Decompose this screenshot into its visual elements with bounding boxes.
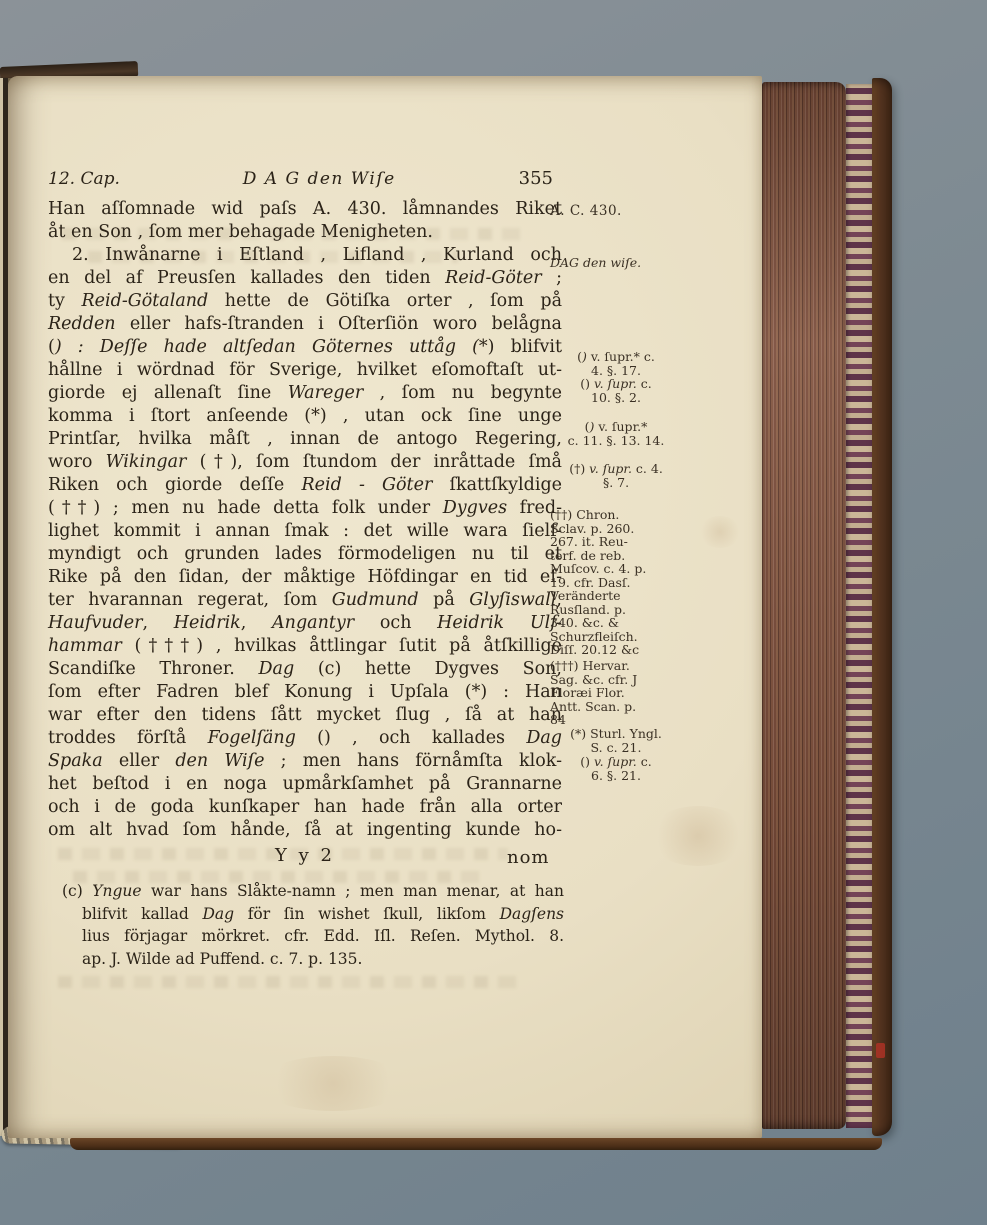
text-line: om alt hvad ſom hånde, ſå at ingenting k… (48, 819, 562, 842)
text-line: Printſar, hvilka måſt , innan de antogo … (48, 428, 562, 451)
margin-note-line: Diſſ. 20.12 &c (550, 643, 682, 657)
text-line: woro Wikingar (†), ſom ſtundom der inråt… (48, 451, 562, 474)
page-header: 12. Cap. D A G den Wiſe 355 (48, 168, 553, 189)
margin-note-line: (†) v. ſupr. c. 4. (550, 462, 682, 476)
text-line: hållne i wördnad för Sverige, hvilket eſ… (48, 359, 562, 382)
text-line: 2. Inwånarne i Eſtland , Lifland , Kurla… (48, 244, 562, 267)
text-line: troddes förſtå Fogelſäng () , och kallad… (48, 727, 562, 750)
footnote-line: blifvit kallad Dag för ſin wishet ſkull,… (62, 903, 564, 926)
red-edge-mark (876, 1043, 885, 1058)
text-line: åt en Son , ſom mer behagade Menigheten. (48, 221, 562, 244)
foxing-stain (258, 1056, 408, 1111)
text-line: lighet kommit i annan ſmak : det wille w… (48, 520, 562, 543)
margin-notes: A. C. 430.DAG den wiſe.() v. ſupr.* c.4.… (550, 76, 682, 1138)
margin-note-line: terf. de reb. (550, 549, 682, 563)
margin-note: () v. ſupr.* c.4. §. 17.() v. ſupr. c.10… (550, 350, 682, 404)
footnote-line: lius förjagar mörkret. cfr. Edd. Iſl. Re… (62, 925, 564, 948)
margin-note-line: §. 7. (550, 476, 682, 490)
margin-note-line: Veränderte (550, 589, 682, 603)
text-line: (††) ; men nu hade detta folk under Dygv… (48, 497, 562, 520)
text-line: giorde ej allenaſt ſine Wareger , ſom nu… (48, 382, 562, 405)
text-line: komma i ſtort anſeende (*) , utan ock ſi… (48, 405, 562, 428)
catchline-row: Y y 2 nom (48, 845, 562, 869)
margin-note-line: Floræi Flor. (550, 686, 682, 700)
margin-note-line: Schurzfleiſch. (550, 630, 682, 644)
margin-note-line: Sclav. p. 260. (550, 522, 682, 536)
page-number: 355 (519, 168, 553, 189)
text-line: ty Reid-Götaland hette de Götiſka orter … (48, 290, 562, 313)
margin-note-line: 10. §. 2. (550, 391, 682, 405)
text-line: Rike på den ſidan, der måktige Höfdingar… (48, 566, 562, 589)
margin-note-line: Antt. Scan. p. (550, 700, 682, 714)
book-cover-bottom-edge (70, 1138, 882, 1150)
margin-note-line: () v. ſupr. c. (550, 377, 682, 391)
text-line: myndigt och grunden lades förmodeligen n… (48, 543, 562, 566)
margin-note-line: () v. ſupr.* c. (550, 350, 682, 364)
margin-note-line: Muſcov. c. 4. p. (550, 562, 682, 576)
text-line: Haufvuder, Heidrik, Angantyr och Heidrik… (48, 612, 562, 635)
margin-note-line: (†††) Hervar. (550, 659, 682, 673)
text-line: ter hvarannan regerat, ſom Gudmund på Gl… (48, 589, 562, 612)
text-line: war efter den tidens ſått mycket ſlug , … (48, 704, 562, 727)
signature-mark: Y y 2 (48, 845, 562, 866)
footnote-line: ap. J. Wilde ad Puffend. c. 7. p. 135. (62, 948, 564, 971)
margin-note-line: 19. cfr. Dasſ. (550, 576, 682, 590)
margin-note-line: Sag. &c. cfr. J (550, 673, 682, 687)
footnote: (c) Yngue war hans Slåkte-namn ; men man… (62, 880, 564, 970)
margin-note-line: 267. it. Reu- (550, 535, 682, 549)
photo-backdrop: 12. Cap. D A G den Wiſe 355 Han aſſomnad… (0, 0, 987, 1225)
book-page: 12. Cap. D A G den Wiſe 355 Han aſſomnad… (8, 76, 762, 1138)
margin-note: (††) Chron.Sclav. p. 260.267. it. Reu-te… (550, 508, 682, 657)
text-line: hammar (†††) , hvilkas åttlingar ſutit p… (48, 635, 562, 658)
text-line: ſom efter Fadren blef Konung i Upſala (*… (48, 681, 562, 704)
margin-note: A. C. 430. (550, 205, 682, 219)
text-line: Han aſſomnade wid paſs A. 430. låmnandes… (48, 198, 562, 221)
text-line: () : Deſſe hade altſedan Göternes uttåg … (48, 336, 562, 359)
text-line: en del af Preusſen kallades den tiden Re… (48, 267, 562, 290)
text-line: het beſtod i en noga upmårkſamhet på Gra… (48, 773, 562, 796)
margin-note-line: S. c. 21. (550, 741, 682, 755)
margin-note-line: () v. ſupr.* (550, 420, 682, 434)
fore-edge-pages (762, 82, 846, 1129)
text-line: och i de goda kunſkaper han hade från al… (48, 796, 562, 819)
margin-note-line: 84 (550, 713, 682, 727)
margin-note-line: Rusſland. p. (550, 603, 682, 617)
margin-note-line: 340. &c. & (550, 616, 682, 630)
margin-note-line: A. C. 430. (550, 205, 682, 219)
margin-note: (†) v. ſupr. c. 4.§. 7. (550, 462, 682, 489)
margin-note: DAG den wiſe. (550, 256, 682, 270)
margin-note: (†††) Hervar.Sag. &c. cfr. JFloræi Flor.… (550, 659, 682, 727)
show-through-ghost (48, 976, 518, 988)
text-line: Redden eller hafs-ſtranden i Oſterſiön w… (48, 313, 562, 336)
running-title: D A G den Wiſe (243, 169, 396, 189)
text-line: Scandiſke Throner. Dag (c) hette Dygves … (48, 658, 562, 681)
margin-note-line: 4. §. 17. (550, 364, 682, 378)
chapter-label: 12. Cap. (48, 169, 120, 189)
margin-note-line: c. 11. §. 13. 14. (550, 434, 682, 448)
margin-note: () v. ſupr. c.6. §. 21. (550, 755, 682, 782)
body-text: Han aſſomnade wid paſs A. 430. låmnandes… (48, 198, 562, 842)
catchword: nom (507, 847, 550, 868)
margin-note-line: DAG den wiſe. (550, 256, 682, 270)
footnote-line: (c) Yngue war hans Slåkte-namn ; men man… (62, 880, 564, 903)
leather-cover-edge (872, 78, 892, 1136)
margin-note-line: (*) Sturl. Yngl. (550, 727, 682, 741)
margin-note: (*) Sturl. Yngl.S. c. 21. (550, 727, 682, 754)
marbled-board-edge (846, 84, 872, 1128)
margin-note-line: (††) Chron. (550, 508, 682, 522)
text-line: Spaka eller den Wiſe ; men hans förnåmſt… (48, 750, 562, 773)
margin-note: () v. ſupr.*c. 11. §. 13. 14. (550, 420, 682, 447)
foxing-stain (698, 516, 742, 548)
text-line: Riken och giorde deſſe Reid - Göter ſkat… (48, 474, 562, 497)
margin-note-line: () v. ſupr. c. (550, 755, 682, 769)
margin-note-line: 6. §. 21. (550, 769, 682, 783)
